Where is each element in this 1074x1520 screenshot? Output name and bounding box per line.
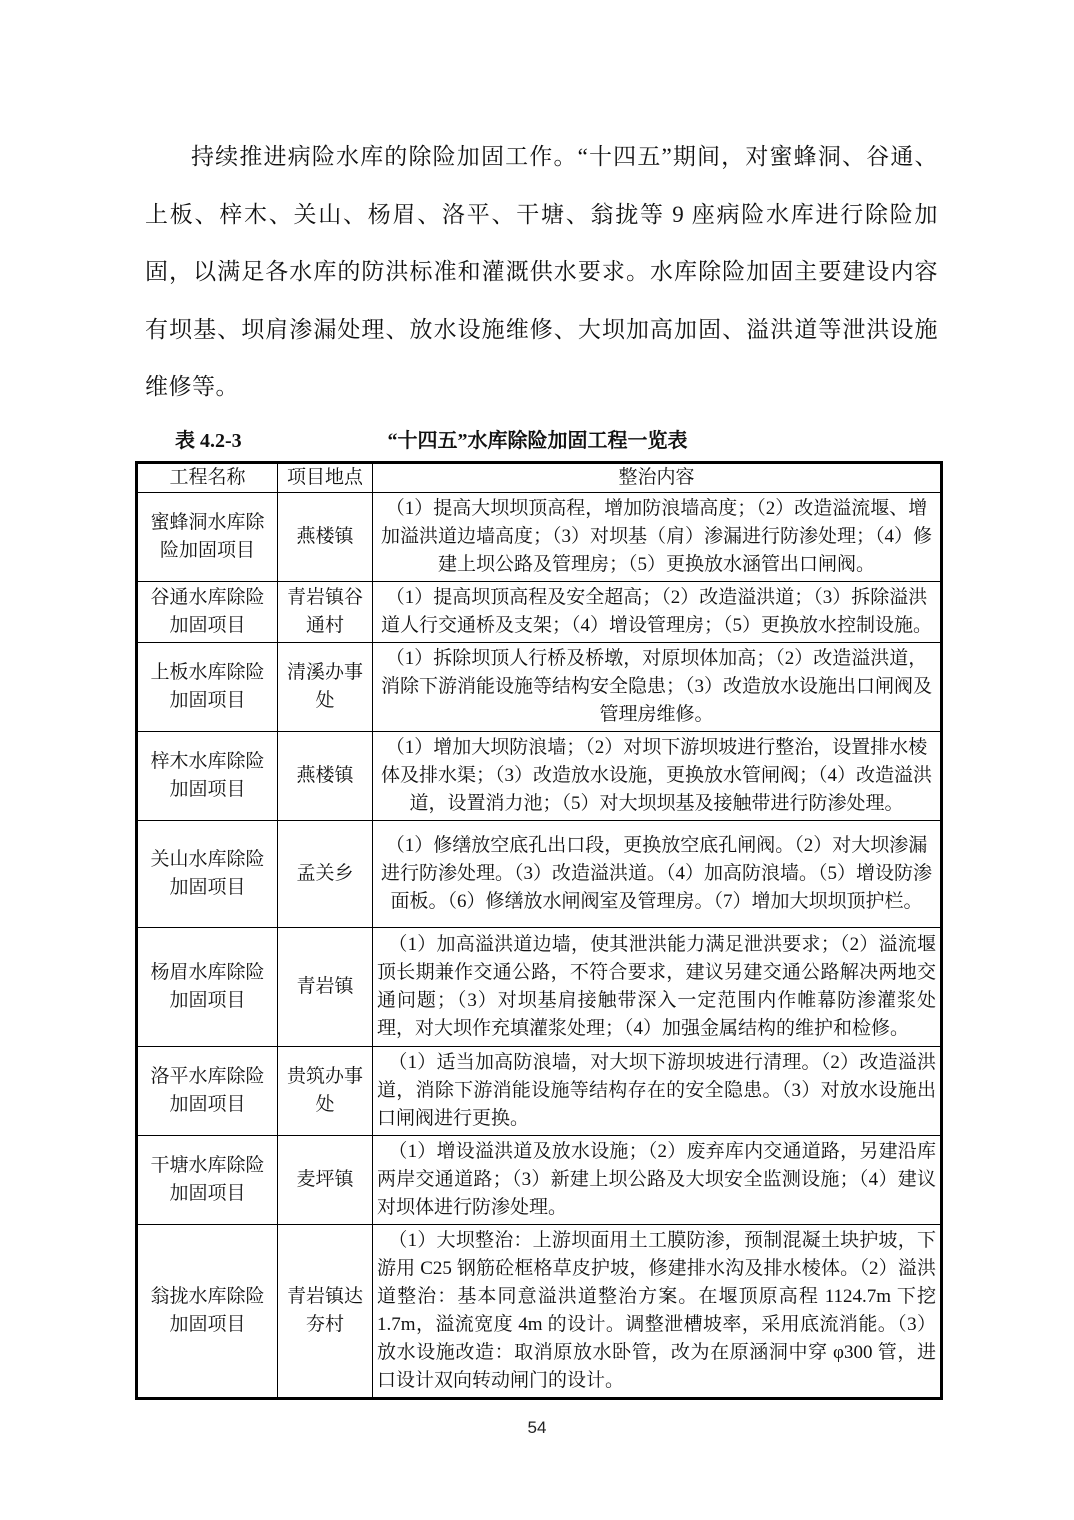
page-number: 54 <box>0 1418 1074 1438</box>
table-row: 关山水库除险加固项目 孟关乡 （1）修缮放空底孔出口段，更换放空底孔闸阀。（2）… <box>137 820 942 927</box>
table-row: 翁拢水库除险加固项目 青岩镇达夯村 （1）大坝整治：上游坝面用土工膜防渗，预制混… <box>137 1224 942 1398</box>
table-caption-title: “十四五”水库除险加固工程一览表 <box>388 425 688 457</box>
remediation-content-cell: （1）大坝整治：上游坝面用土工膜防渗，预制混凝土块护坡，下游用 C25 钢筋砼框… <box>373 1224 942 1398</box>
project-location-cell: 麦坪镇 <box>278 1135 373 1224</box>
intro-paragraph: 持续推进病险水库的除险加固工作。“十四五”期间，对蜜蜂洞、谷通、上板、梓木、关山… <box>145 128 938 416</box>
header-remediation-content: 整治内容 <box>373 462 942 492</box>
table-row: 干塘水库除险加固项目 麦坪镇 （1）增设溢洪道及放水设施；（2）废弃库内交通道路… <box>137 1135 942 1224</box>
table-caption-label: 表 4.2-3 <box>175 425 242 457</box>
project-name-cell: 上板水库除险加固项目 <box>137 642 278 731</box>
project-location-cell: 清溪办事处 <box>278 642 373 731</box>
remediation-content-cell: （1）修缮放空底孔出口段，更换放空底孔闸阀。（2）对大坝渗漏进行防渗处理。（3）… <box>373 820 942 927</box>
project-location-cell: 青岩镇谷通村 <box>278 581 373 642</box>
remediation-content-cell: （1）提高坝顶高程及安全超高；（2）改造溢洪道；（3）拆除溢洪道人行交通桥及支架… <box>373 581 942 642</box>
project-name-cell: 梓木水库除险加固项目 <box>137 731 278 820</box>
table-row: 梓木水库除险加固项目 燕楼镇 （1）增加大坝防浪墙；（2）对坝下游坝坡进行整治，… <box>137 731 942 820</box>
remediation-content-cell: （1）提高大坝坝顶高程，增加防浪墙高度；（2）改造溢流堰、增加溢洪道边墙高度；（… <box>373 492 942 581</box>
table-row: 杨眉水库除险加固项目 青岩镇 （1）加高溢洪道边墙，使其泄洪能力满足泄洪要求；（… <box>137 927 942 1046</box>
project-name-cell: 谷通水库除险加固项目 <box>137 581 278 642</box>
table-row: 蜜蜂洞水库除险加固项目 燕楼镇 （1）提高大坝坝顶高程，增加防浪墙高度；（2）改… <box>137 492 942 581</box>
project-name-cell: 蜜蜂洞水库除险加固项目 <box>137 492 278 581</box>
table-row: 上板水库除险加固项目 清溪办事处 （1）拆除坝顶人行桥及桥墩，对原坝体加高；（2… <box>137 642 942 731</box>
header-project-name: 工程名称 <box>137 462 278 492</box>
table-row: 洛平水库除险加固项目 贵筑办事处 （1）适当加高防浪墙，对大坝下游坝坡进行清理。… <box>137 1046 942 1135</box>
project-name-cell: 洛平水库除险加固项目 <box>137 1046 278 1135</box>
project-location-cell: 孟关乡 <box>278 820 373 927</box>
project-location-cell: 贵筑办事处 <box>278 1046 373 1135</box>
remediation-content-cell: （1）适当加高防浪墙，对大坝下游坝坡进行清理。（2）改造溢洪道，消除下游消能设施… <box>373 1046 942 1135</box>
table-header-row: 工程名称 项目地点 整治内容 <box>137 462 942 492</box>
reinforcement-projects-table: 工程名称 项目地点 整治内容 蜜蜂洞水库除险加固项目 燕楼镇 （1）提高大坝坝顶… <box>135 461 943 1400</box>
remediation-content-cell: （1）加高溢洪道边墙，使其泄洪能力满足泄洪要求；（2）溢流堰顶长期兼作交通公路，… <box>373 927 942 1046</box>
project-location-cell: 燕楼镇 <box>278 492 373 581</box>
document-page: 持续推进病险水库的除险加固工作。“十四五”期间，对蜜蜂洞、谷通、上板、梓木、关山… <box>0 0 1074 1520</box>
table-caption: 表 4.2-3 “十四五”水库除险加固工程一览表 <box>135 425 940 457</box>
project-name-cell: 翁拢水库除险加固项目 <box>137 1224 278 1398</box>
remediation-content-cell: （1）增设溢洪道及放水设施；（2）废弃库内交通道路，另建沿库两岸交通道路；（3）… <box>373 1135 942 1224</box>
project-name-cell: 干塘水库除险加固项目 <box>137 1135 278 1224</box>
project-location-cell: 青岩镇达夯村 <box>278 1224 373 1398</box>
remediation-content-cell: （1）拆除坝顶人行桥及桥墩，对原坝体加高；（2）改造溢洪道，消除下游消能设施等结… <box>373 642 942 731</box>
project-name-cell: 关山水库除险加固项目 <box>137 820 278 927</box>
project-location-cell: 青岩镇 <box>278 927 373 1046</box>
table-row: 谷通水库除险加固项目 青岩镇谷通村 （1）提高坝顶高程及安全超高；（2）改造溢洪… <box>137 581 942 642</box>
header-project-location: 项目地点 <box>278 462 373 492</box>
project-location-cell: 燕楼镇 <box>278 731 373 820</box>
project-name-cell: 杨眉水库除险加固项目 <box>137 927 278 1046</box>
remediation-content-cell: （1）增加大坝防浪墙；（2）对坝下游坝坡进行整治，设置排水棱体及排水渠；（3）改… <box>373 731 942 820</box>
